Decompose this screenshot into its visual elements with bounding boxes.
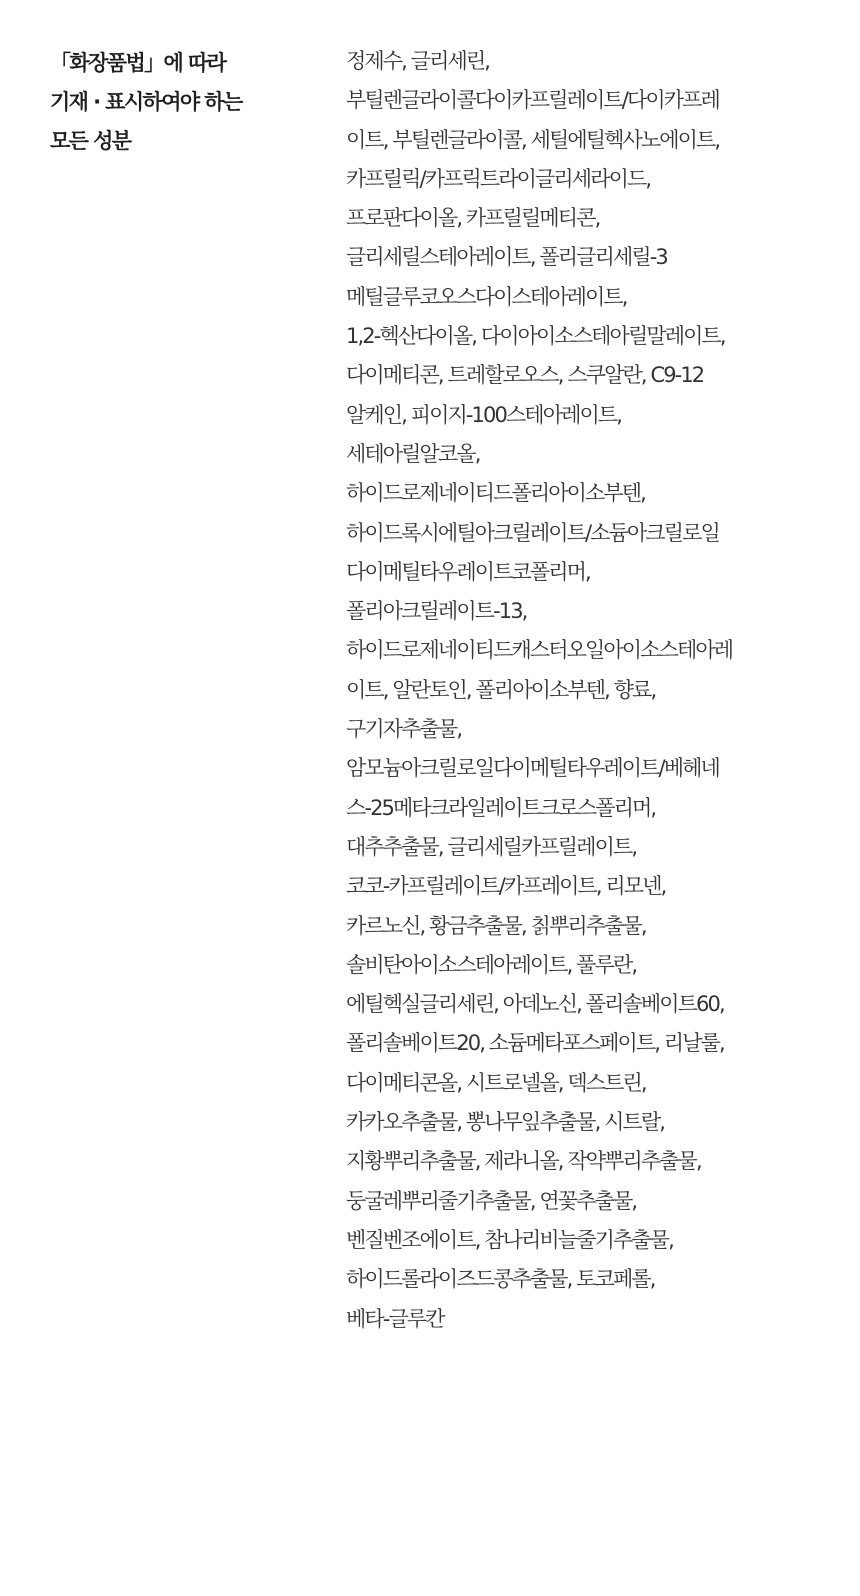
ingredients-line: 알케인, 피이지-100스테아레이트, bbox=[346, 396, 816, 435]
label-line: 「화장품법」에 따라 bbox=[50, 44, 310, 83]
label-line: 기재 · 표시하여야 하는 bbox=[50, 83, 310, 122]
ingredients-line: 다이메티콘올, 시트로넬올, 덱스트린, bbox=[346, 1064, 816, 1103]
ingredients-line: 이트, 부틸렌글라이콜, 세틸에틸헥사노에이트, bbox=[346, 121, 816, 160]
ingredients-line: 솔비탄아이소스테아레이트, 풀루란, bbox=[346, 946, 816, 985]
ingredients-line: 폴리아크릴레이트-13, bbox=[346, 592, 816, 631]
ingredients-line: 코코-카프릴레이트/카프레이트, 리모넨, bbox=[346, 867, 816, 906]
ingredients-line: 대추추출물, 글리세릴카프릴레이트, bbox=[346, 828, 816, 867]
ingredients-line: 카르노신, 황금추출물, 칡뿌리추출물, bbox=[346, 907, 816, 946]
ingredients-line: 하이드롤라이즈드콩추출물, 토코페롤, bbox=[346, 1260, 816, 1299]
ingredients-line: 메틸글루코오스다이스테아레이트, bbox=[346, 278, 816, 317]
ingredients-line: 1,2-헥산다이올, 다이아이소스테아릴말레이트, bbox=[346, 317, 816, 356]
ingredients-line: 에틸헥실글리세린, 아데노신, 폴리솔베이트60, bbox=[346, 985, 816, 1024]
ingredients-line: 하이드로제네이티드캐스터오일아이소스테아레 bbox=[346, 631, 816, 670]
label-line: 모든 성분 bbox=[50, 122, 310, 161]
ingredients-line: 구기자추출물, bbox=[346, 710, 816, 749]
ingredients-line: 지황뿌리추출물, 제라니올, 작약뿌리추출물, bbox=[346, 1142, 816, 1181]
ingredients-line: 베타-글루칸 bbox=[346, 1300, 816, 1339]
ingredients-line: 하이드록시에틸아크릴레이트/소듐아크릴로일 bbox=[346, 514, 816, 553]
ingredients-label: 「화장품법」에 따라 기재 · 표시하여야 하는 모든 성분 bbox=[50, 44, 310, 161]
ingredients-line: 세테아릴알코올, bbox=[346, 435, 816, 474]
ingredients-line: 둥굴레뿌리줄기추출물, 연꽃추출물, bbox=[346, 1182, 816, 1221]
ingredients-line: 다이메티콘, 트레할로오스, 스쿠알란, C9-12 bbox=[346, 356, 816, 395]
ingredients-line: 벤질벤조에이트, 참나리비늘줄기추출물, bbox=[346, 1221, 816, 1260]
ingredients-line: 부틸렌글라이콜다이카프릴레이트/다이카프레 bbox=[346, 81, 816, 120]
ingredients-line: 글리세릴스테아레이트, 폴리글리세릴-3 bbox=[346, 238, 816, 277]
ingredients-line: 카카오추출물, 뽕나무잎추출물, 시트랄, bbox=[346, 1103, 816, 1142]
ingredients-list: 정제수, 글리세린, 부틸렌글라이콜다이카프릴레이트/다이카프레 이트, 부틸렌… bbox=[346, 42, 816, 1339]
ingredients-line: 다이메틸타우레이트코폴리머, bbox=[346, 553, 816, 592]
ingredients-line: 스-25메타크라일레이트크로스폴리머, bbox=[346, 789, 816, 828]
ingredients-line: 이트, 알란토인, 폴리아이소부텐, 향료, bbox=[346, 671, 816, 710]
ingredients-line: 암모늄아크릴로일다이메틸타우레이트/베헤네 bbox=[346, 749, 816, 788]
ingredients-line: 정제수, 글리세린, bbox=[346, 42, 816, 81]
ingredients-line: 카프릴릭/카프릭트라이글리세라이드, bbox=[346, 160, 816, 199]
ingredients-line: 폴리솔베이트20, 소듐메타포스페이트, 리날룰, bbox=[346, 1024, 816, 1063]
ingredients-line: 하이드로제네이티드폴리아이소부텐, bbox=[346, 474, 816, 513]
ingredients-line: 프로판다이올, 카프릴릴메티콘, bbox=[346, 199, 816, 238]
